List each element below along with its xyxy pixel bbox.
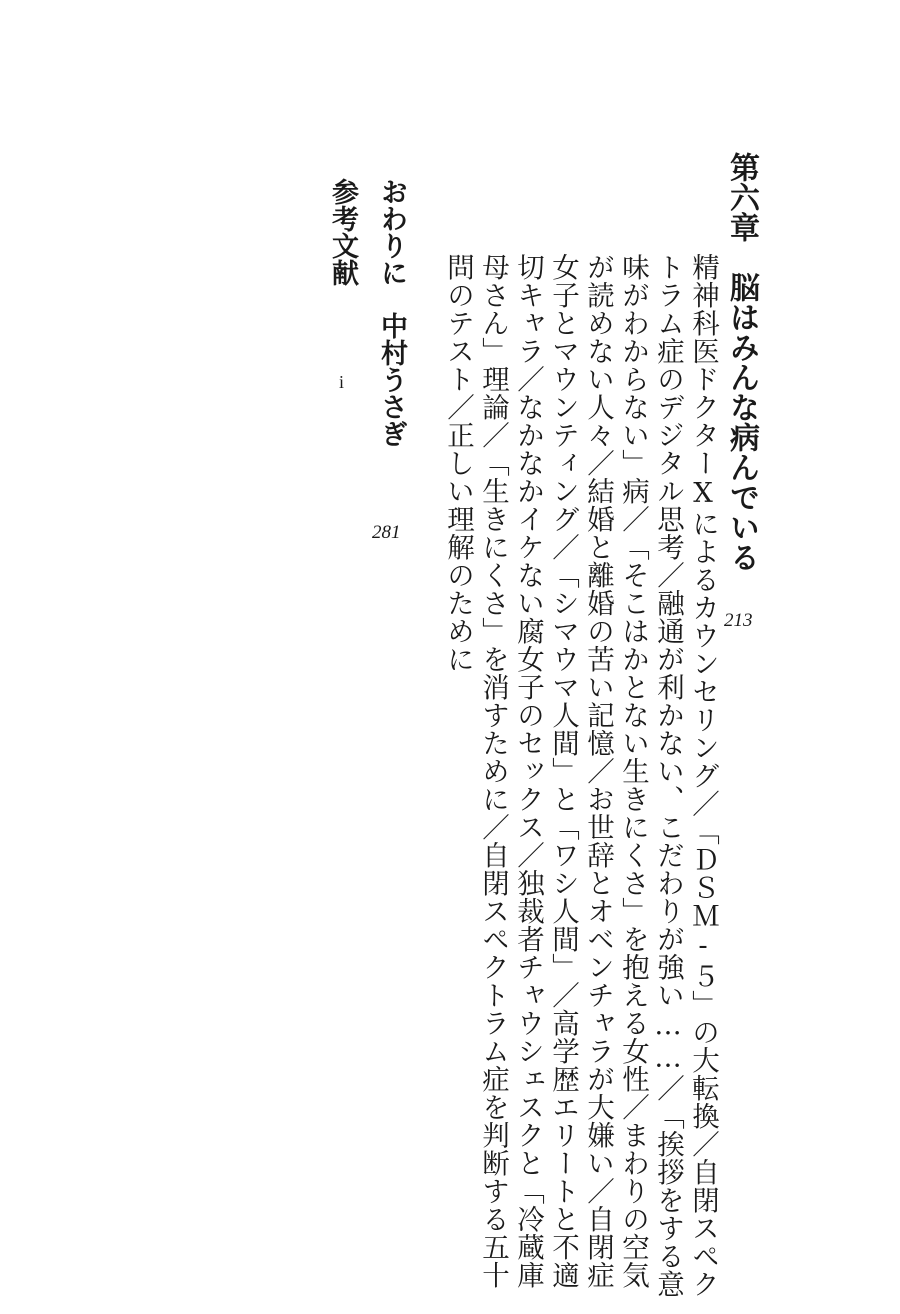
toc-summary-line: が読めない人々／結婚と離婚の苦い記憶／お世辞とオベンチャラが大嫌い／自閉症 [581, 253, 615, 1289]
toc-summary-line: トラム症のデジタル思考／融通が利かない、こだわりが強い……／「挨拶をする意 [651, 253, 685, 1298]
toc-summary-line: 女子とマウンティング／「シマウマ人間」と「ワシ人間」／高学歴エリートと不適 [546, 253, 580, 1289]
references-page-number[interactable]: i [339, 372, 344, 393]
chapter-title: 脳はみんな病んでいる [724, 272, 759, 572]
afterword-page-number[interactable]: 281 [372, 522, 401, 544]
afterword-heading: おわりに [374, 178, 408, 286]
toc-summary-line: 味がわからない」病／「そこはかとない生きにくさ」を抱える女性／まわりの空気 [616, 253, 650, 1289]
afterword-author: 中村うさぎ [374, 312, 408, 447]
chapter-heading: 第六章脳はみんな病んでいる [724, 152, 758, 572]
references-heading: 参考文献 [325, 178, 359, 286]
toc-summary-line: 問のテスト／正しい理解のために [441, 253, 475, 673]
toc-summary-line: 切キャラ／なかなかイケない腐女子のセックス／独裁者チャウシェスクと「冷蔵庫 [511, 253, 545, 1289]
toc-summary-line: 精神科医ドクターXによるカウンセリング／「ＤＳＭ‐５」の大転換／自閉スペク [686, 253, 720, 1298]
chapter-page-number[interactable]: 213 [724, 610, 753, 632]
toc-summary-line: 母さん」理論／「生きにくさ」を消すために／自閉スペクトラム症を判断する五十 [476, 253, 510, 1289]
chapter-label: 第六章 [724, 152, 759, 242]
